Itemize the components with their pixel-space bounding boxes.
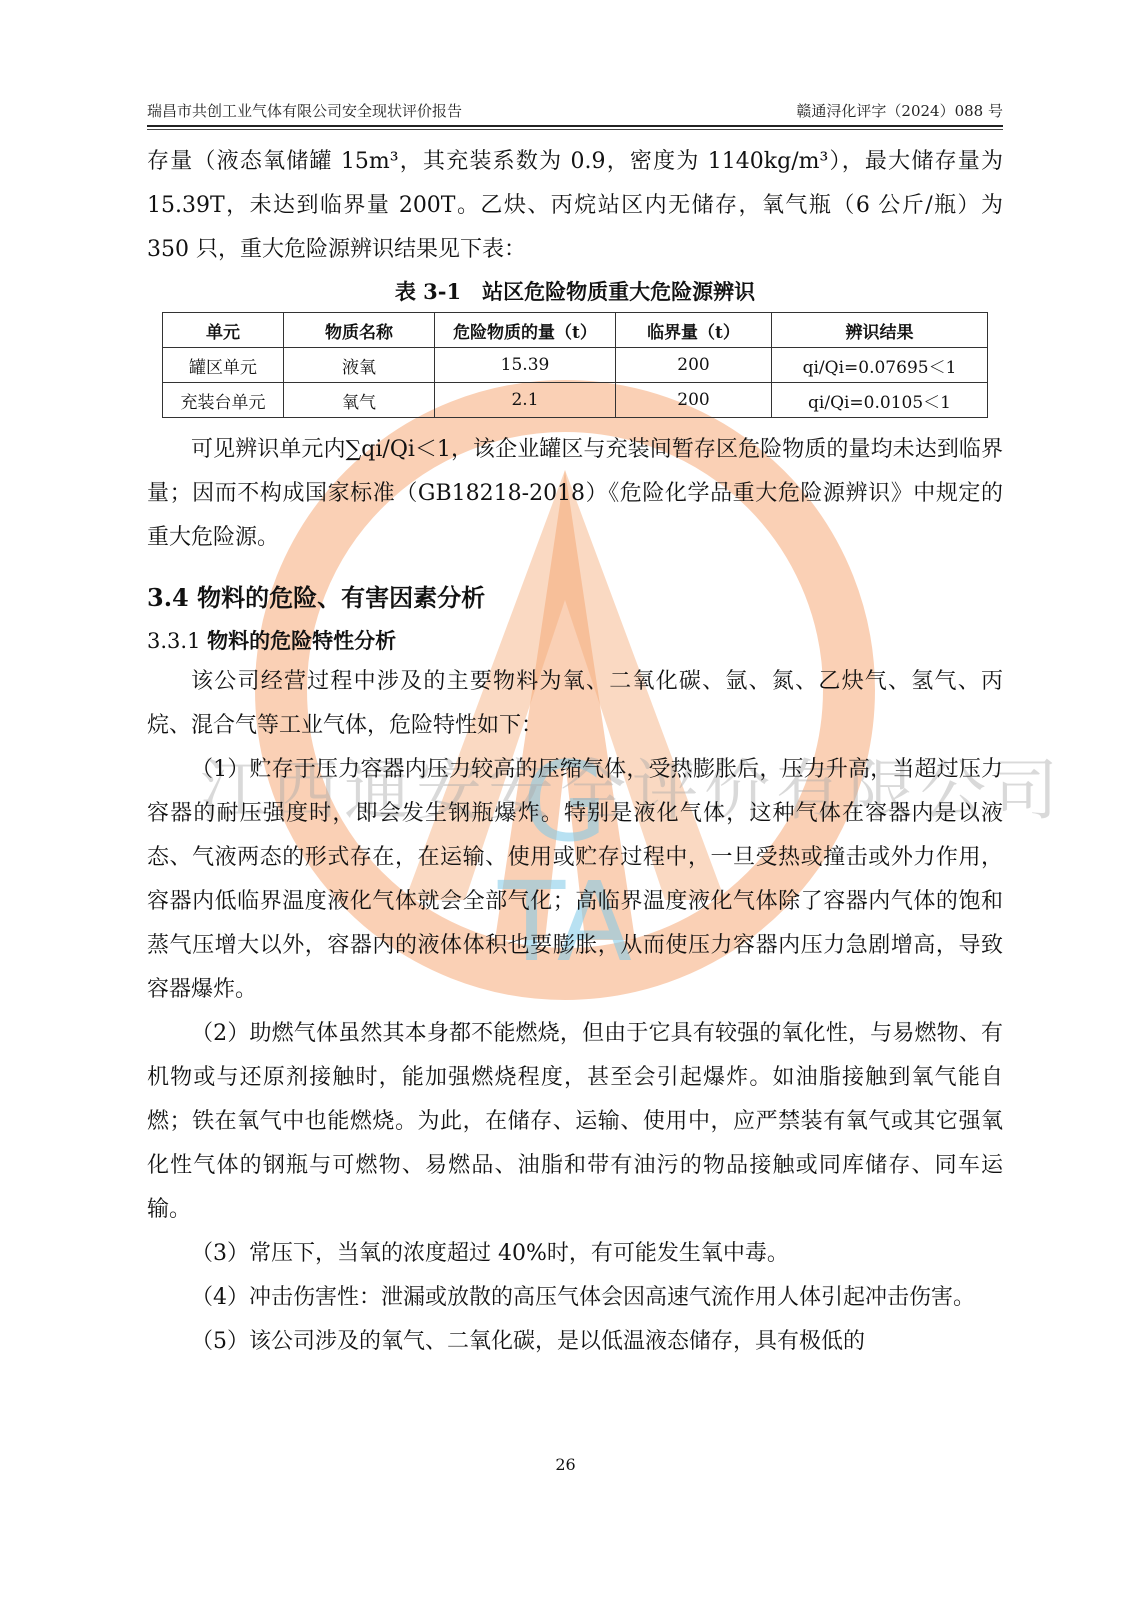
- table-caption: 表 3-1 站区危险物质重大危险源辨识: [147, 274, 1003, 310]
- report-title: 瑞昌市共创工业气体有限公司安全现状评价报告: [147, 100, 462, 121]
- table-cell: 200: [616, 383, 772, 418]
- table-row: 充装台单元 氧气 2.1 200 qi/Qi=0.0105＜1: [163, 383, 988, 418]
- column-header: 物质名称: [284, 313, 435, 348]
- header-divider-thin: [147, 129, 1003, 130]
- table-cell: 液氧: [284, 348, 435, 383]
- body-paragraph: （2）助燃气体虽然其本身都不能燃烧，但由于它具有较强的氧化性，与易燃物、有机物或…: [147, 1012, 1003, 1232]
- subsection-heading: 3.3.1 物料的危险特性分析: [147, 622, 1003, 660]
- header-divider: [147, 125, 1003, 127]
- column-header: 临界量（t）: [616, 313, 772, 348]
- column-header: 危险物质的量（t）: [435, 313, 616, 348]
- body-paragraph: （5）该公司涉及的氧气、二氧化碳，是以低温液态储存，具有极低的: [147, 1320, 1003, 1364]
- hazard-identification-table: 单元 物质名称 危险物质的量（t） 临界量（t） 辨识结果 罐区单元 液氧 15…: [162, 312, 988, 418]
- column-header: 单元: [163, 313, 284, 348]
- section-heading: 3.4 物料的危险、有害因素分析: [147, 574, 1003, 622]
- subsection-title: 物料的危险特性分析: [207, 628, 396, 653]
- body-paragraph: （1）贮存于压力容器内压力较高的压缩气体，受热膨胀后，压力升高，当超过压力容器的…: [147, 748, 1003, 1012]
- table-cell: 15.39: [435, 348, 616, 383]
- body-paragraph: 该公司经营过程中涉及的主要物料为氧、二氧化碳、氩、氮、乙炔气、氢气、丙烷、混合气…: [147, 660, 1003, 748]
- column-header: 辨识结果: [772, 313, 988, 348]
- table-header-row: 单元 物质名称 危险物质的量（t） 临界量（t） 辨识结果: [163, 313, 988, 348]
- page-header: 瑞昌市共创工业气体有限公司安全现状评价报告 赣通浔化评字（2024）088 号: [147, 100, 1003, 124]
- table-cell: 罐区单元: [163, 348, 284, 383]
- table-cell: 充装台单元: [163, 383, 284, 418]
- conclusion-paragraph: 可见辨识单元内∑qi/Qi＜1，该企业罐区与充装间暂存区危险物质的量均未达到临界…: [147, 428, 1003, 560]
- table-row: 罐区单元 液氧 15.39 200 qi/Qi=0.07695＜1: [163, 348, 988, 383]
- subsection-number: 3.3.1: [147, 629, 200, 653]
- table-cell: 200: [616, 348, 772, 383]
- table-cell: 氧气: [284, 383, 435, 418]
- report-number: 赣通浔化评字（2024）088 号: [796, 100, 1003, 121]
- body-paragraph: （4）冲击伤害性：泄漏或放散的高压气体会因高速气流作用人体引起冲击伤害。: [147, 1276, 1003, 1320]
- table-cell: qi/Qi=0.0105＜1: [772, 383, 988, 418]
- page-body: 存量（液态氧储罐 15m³，其充装系数为 0.9，密度为 1140kg/m³），…: [147, 140, 1003, 1364]
- body-paragraph: （3）常压下，当氧的浓度超过 40%时，有可能发生氧中毒。: [147, 1232, 1003, 1276]
- table-cell: 2.1: [435, 383, 616, 418]
- intro-paragraph: 存量（液态氧储罐 15m³，其充装系数为 0.9，密度为 1140kg/m³），…: [147, 140, 1003, 272]
- page-number: 26: [0, 1455, 1131, 1474]
- table-cell: qi/Qi=0.07695＜1: [772, 348, 988, 383]
